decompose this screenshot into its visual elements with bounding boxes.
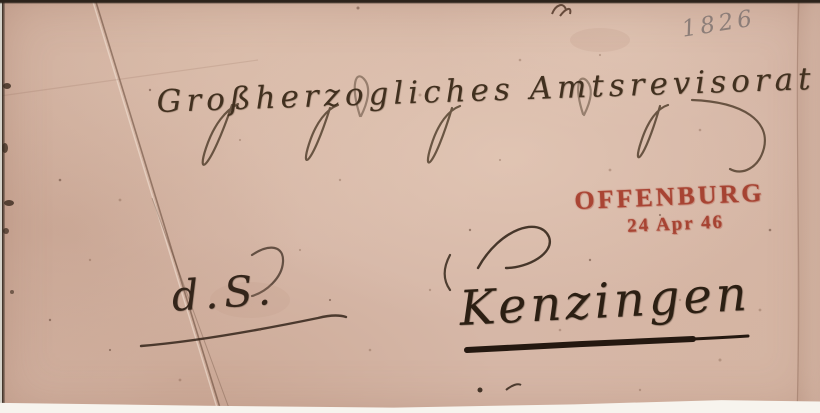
- paper-edge-left: [2, 0, 5, 403]
- postmark-stamp: OFFENBURG 24 Apr 46: [549, 177, 791, 241]
- letter-photo: Großherzogliches Amtsrevisorat OFFENBURG…: [0, 0, 820, 413]
- sender-paraph-text: d.S.: [170, 265, 278, 321]
- paper-edge-top: [0, 0, 820, 4]
